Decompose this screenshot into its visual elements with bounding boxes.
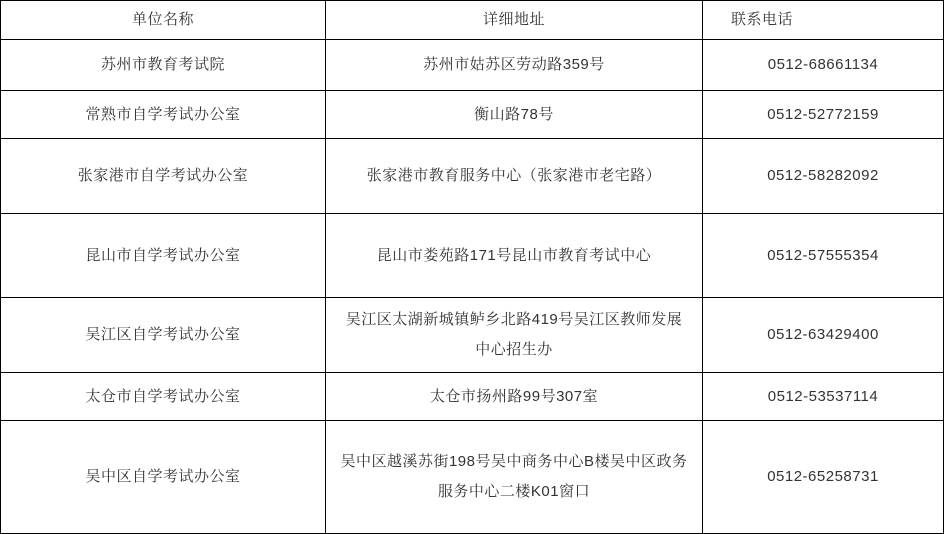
- cell-address: 昆山市娄苑路171号昆山市教育考试中心: [326, 214, 703, 298]
- cell-address: 太仓市扬州路99号307室: [326, 373, 703, 421]
- cell-phone: 0512-58282092: [703, 139, 944, 214]
- cell-unit-name: 张家港市自学考试办公室: [1, 139, 326, 214]
- cell-unit-name: 昆山市自学考试办公室: [1, 214, 326, 298]
- exam-office-contact-table: 单位名称 详细地址 联系电话 苏州市教育考试院 苏州市姑苏区劳动路359号 05…: [0, 0, 944, 534]
- table-row: 吴江区自学考试办公室 吴江区太湖新城镇鲈乡北路419号吴江区教师发展中心招生办 …: [1, 298, 944, 373]
- table-row: 昆山市自学考试办公室 昆山市娄苑路171号昆山市教育考试中心 0512-5755…: [1, 214, 944, 298]
- cell-phone: 0512-65258731: [703, 421, 944, 534]
- column-header-address: 详细地址: [326, 1, 703, 40]
- cell-phone: 0512-52772159: [703, 91, 944, 139]
- cell-phone: 0512-68661134: [703, 40, 944, 91]
- table-row: 太仓市自学考试办公室 太仓市扬州路99号307室 0512-53537114: [1, 373, 944, 421]
- table-row: 吴中区自学考试办公室 吴中区越溪苏街198号吴中商务中心B楼吴中区政务服务中心二…: [1, 421, 944, 534]
- cell-address: 衡山路78号: [326, 91, 703, 139]
- cell-unit-name: 苏州市教育考试院: [1, 40, 326, 91]
- column-header-unit-name: 单位名称: [1, 1, 326, 40]
- column-header-phone: 联系电话: [703, 1, 944, 40]
- cell-address: 吴中区越溪苏街198号吴中商务中心B楼吴中区政务服务中心二楼K01窗口: [326, 421, 703, 534]
- cell-unit-name: 吴中区自学考试办公室: [1, 421, 326, 534]
- cell-phone: 0512-63429400: [703, 298, 944, 373]
- page: 单位名称 详细地址 联系电话 苏州市教育考试院 苏州市姑苏区劳动路359号 05…: [0, 0, 944, 534]
- table-header: 单位名称 详细地址 联系电话: [1, 1, 944, 40]
- table-row: 张家港市自学考试办公室 张家港市教育服务中心（张家港市老宅路） 0512-582…: [1, 139, 944, 214]
- cell-phone: 0512-53537114: [703, 373, 944, 421]
- cell-phone: 0512-57555354: [703, 214, 944, 298]
- table-row: 常熟市自学考试办公室 衡山路78号 0512-52772159: [1, 91, 944, 139]
- cell-address: 张家港市教育服务中心（张家港市老宅路）: [326, 139, 703, 214]
- table-row: 苏州市教育考试院 苏州市姑苏区劳动路359号 0512-68661134: [1, 40, 944, 91]
- cell-address: 吴江区太湖新城镇鲈乡北路419号吴江区教师发展中心招生办: [326, 298, 703, 373]
- cell-address: 苏州市姑苏区劳动路359号: [326, 40, 703, 91]
- cell-unit-name: 常熟市自学考试办公室: [1, 91, 326, 139]
- table-body: 苏州市教育考试院 苏州市姑苏区劳动路359号 0512-68661134 常熟市…: [1, 40, 944, 534]
- cell-unit-name: 太仓市自学考试办公室: [1, 373, 326, 421]
- cell-unit-name: 吴江区自学考试办公室: [1, 298, 326, 373]
- header-row: 单位名称 详细地址 联系电话: [1, 1, 944, 40]
